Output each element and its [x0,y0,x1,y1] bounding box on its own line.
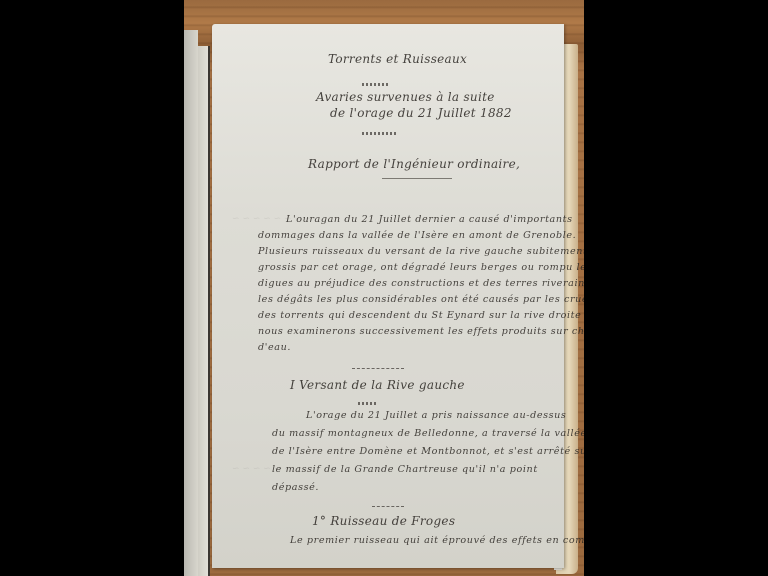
heading-line-3: de l'orage du 21 Juillet 1882 [330,106,512,120]
heading-line-2: Avaries survenues à la suite [316,90,495,104]
paragraph-line: dommages dans la vallée de l'Isère en am… [258,230,576,241]
paragraph-line: grossis par cet orage, ont dégradé leurs… [258,262,584,273]
subsection-title: 1° Ruisseau de Froges [312,514,455,528]
paragraph-line: d'eau. [258,342,291,353]
paragraph-line: Plusieurs ruisseaux du versant de la riv… [258,246,584,257]
paragraph-line: L'ouragan du 21 Juillet dernier a causé … [286,214,573,225]
paragraph-line: des torrents qui descendent du St Eynard… [258,310,584,321]
paragraph-line: Le premier ruisseau qui ait éprouvé des … [290,535,584,546]
paragraph-line: le massif de la Grande Chartreuse qu'il … [272,464,538,475]
paragraph-line: dépassé. [272,482,319,493]
manuscript-page: ~ ~ ~ ~ ~ ~ ~ ~ ~ ~ ~ ~ ~ ~ ~ ~ Torrents… [212,24,564,568]
paragraph-line: nous examinerons successivement les effe… [258,326,584,337]
paragraph-line: digues au préjudice des constructions et… [258,278,584,289]
paragraph-line: de l'Isère entre Domène et Montbonnot, e… [272,446,584,457]
heading-ornament [362,83,388,86]
report-title-underline [382,178,452,179]
paragraph-line: les dégâts les plus considérables ont ét… [258,294,584,305]
section-title: I Versant de la Rive gauche [290,378,465,392]
section-ornament [358,402,376,405]
underlying-sheet-left [184,30,198,576]
manuscript-photo: ~ ~ ~ ~ ~ ~ ~ ~ ~ ~ ~ ~ ~ ~ ~ ~ Torrents… [184,0,584,576]
paragraph-line: du massif montagneux de Belledonne, a tr… [272,428,584,439]
underlying-sheet-left-2 [198,46,210,576]
section-separator [352,368,404,369]
section-separator [372,506,404,507]
report-title: Rapport de l'Ingénieur ordinaire, [308,157,520,171]
paragraph-line: L'orage du 21 Juillet a pris naissance a… [306,410,566,421]
heading-ornament-2 [362,132,396,135]
heading-line-1: Torrents et Ruisseaux [328,52,467,66]
